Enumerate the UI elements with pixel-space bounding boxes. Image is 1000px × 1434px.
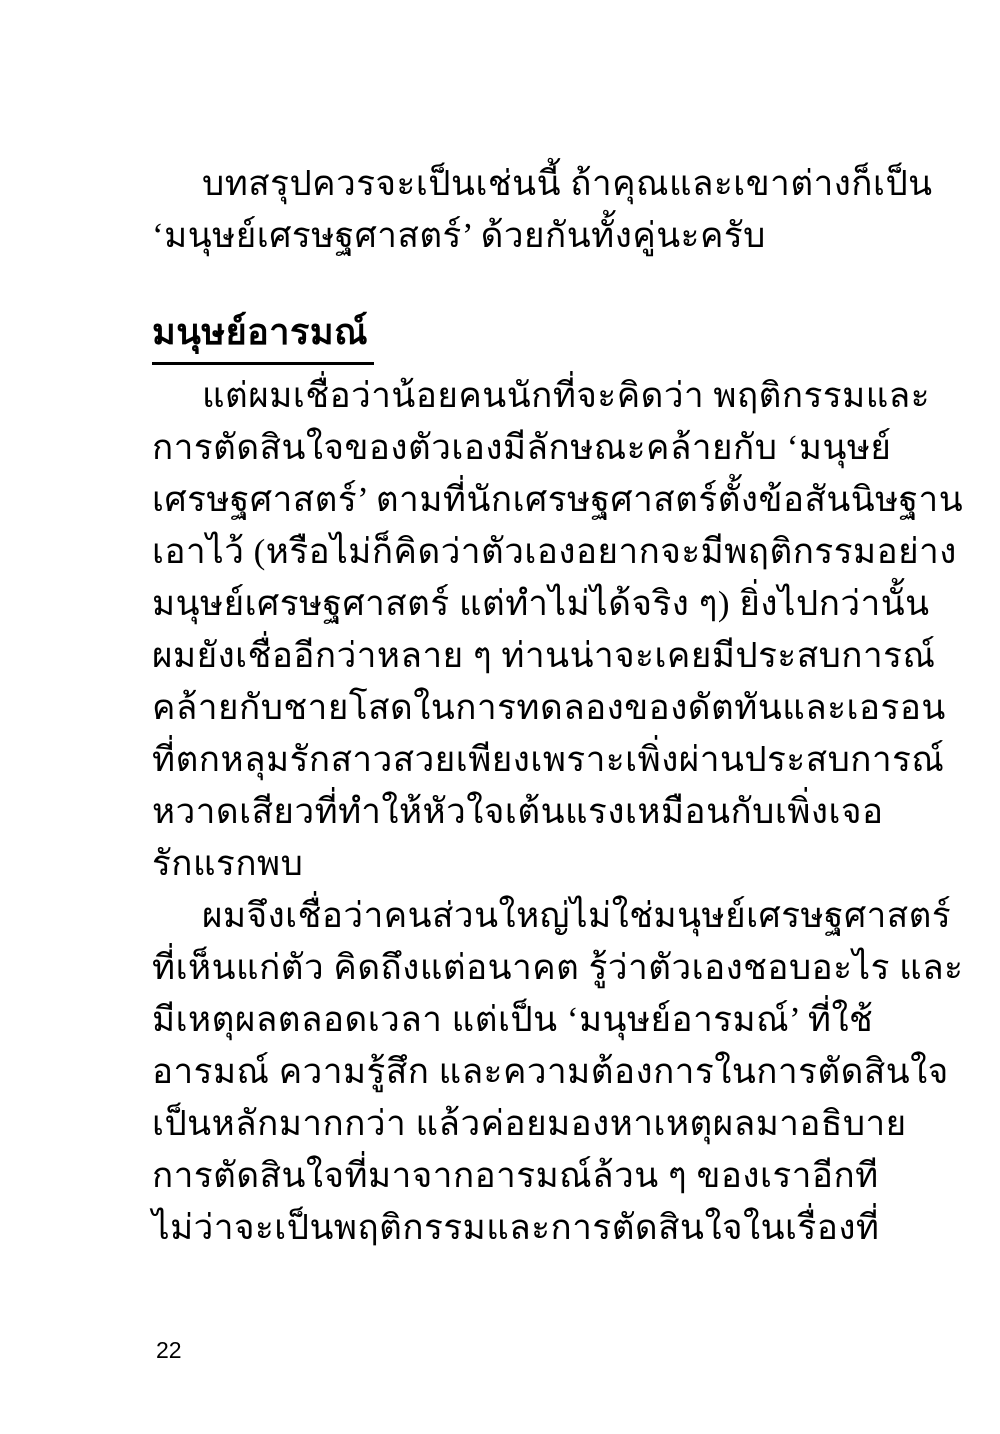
section-heading-text: มนุษย์อารมณ์ [152,306,374,365]
text-line: เศรษฐศาสตร์’ ตามที่นักเศรษฐศาสตร์ตั้งข้อ… [152,474,860,526]
text-line: ผมยังเชื่ออีกว่าหลาย ๆ ท่านน่าจะเคยมีประ… [152,630,860,682]
book-page: บทสรุปควรจะเป็นเช่นนี้ ถ้าคุณและเขาต่างก… [0,0,1000,1434]
text-line: ผมจึงเชื่อว่าคนส่วนใหญ่ไม่ใช่มนุษย์เศรษฐ… [152,890,860,942]
text-line: เป็นหลักมากกว่า แล้วค่อยมองหาเหตุผลมาอธิ… [152,1098,860,1150]
text-line: ‘มนุษย์เศรษฐศาสตร์’ ด้วยกันทั้งคู่นะครับ [152,210,860,262]
page-text-content: บทสรุปควรจะเป็นเช่นนี้ ถ้าคุณและเขาต่างก… [152,158,860,1254]
paragraph: ผมจึงเชื่อว่าคนส่วนใหญ่ไม่ใช่มนุษย์เศรษฐ… [152,890,860,1254]
text-line: รักแรกพบ [152,838,860,890]
text-line: บทสรุปควรจะเป็นเช่นนี้ ถ้าคุณและเขาต่างก… [152,158,860,210]
text-line: เอาไว้ (หรือไม่ก็คิดว่าตัวเองอยากจะมีพฤต… [152,526,860,578]
paragraph: บทสรุปควรจะเป็นเช่นนี้ ถ้าคุณและเขาต่างก… [152,158,860,262]
text-line: หวาดเสียวที่ทำให้หัวใจเต้นแรงเหมือนกับเพ… [152,786,860,838]
text-line: ไม่ว่าจะเป็นพฤติกรรมและการตัดสินใจในเรื่… [152,1202,860,1254]
text-line: การตัดสินใจของตัวเองมีลักษณะคล้ายกับ ‘มน… [152,422,860,474]
text-line: คล้ายกับชายโสดในการทดลองของดัตทันและเอรอ… [152,682,860,734]
text-line: ที่ตกหลุมรักสาวสวยเพียงเพราะเพิ่งผ่านประ… [152,734,860,786]
text-line: แต่ผมเชื่อว่าน้อยคนนักที่จะคิดว่า พฤติกร… [152,370,860,422]
section-heading: มนุษย์อารมณ์ [152,306,860,362]
text-line: การตัดสินใจที่มาจากอารมณ์ล้วน ๆ ของเราอี… [152,1150,860,1202]
text-line: มีเหตุผลตลอดเวลา แต่เป็น ‘มนุษย์อารมณ์’ … [152,994,860,1046]
page-number: 22 [156,1336,182,1364]
text-line: มนุษย์เศรษฐศาสตร์ แต่ทำไม่ได้จริง ๆ) ยิ่… [152,578,860,630]
text-line: ที่เห็นแก่ตัว คิดถึงแต่อนาคต รู้ว่าตัวเอ… [152,942,860,994]
paragraph: แต่ผมเชื่อว่าน้อยคนนักที่จะคิดว่า พฤติกร… [152,370,860,890]
text-line: อารมณ์ ความรู้สึก และความต้องการในการตัด… [152,1046,860,1098]
